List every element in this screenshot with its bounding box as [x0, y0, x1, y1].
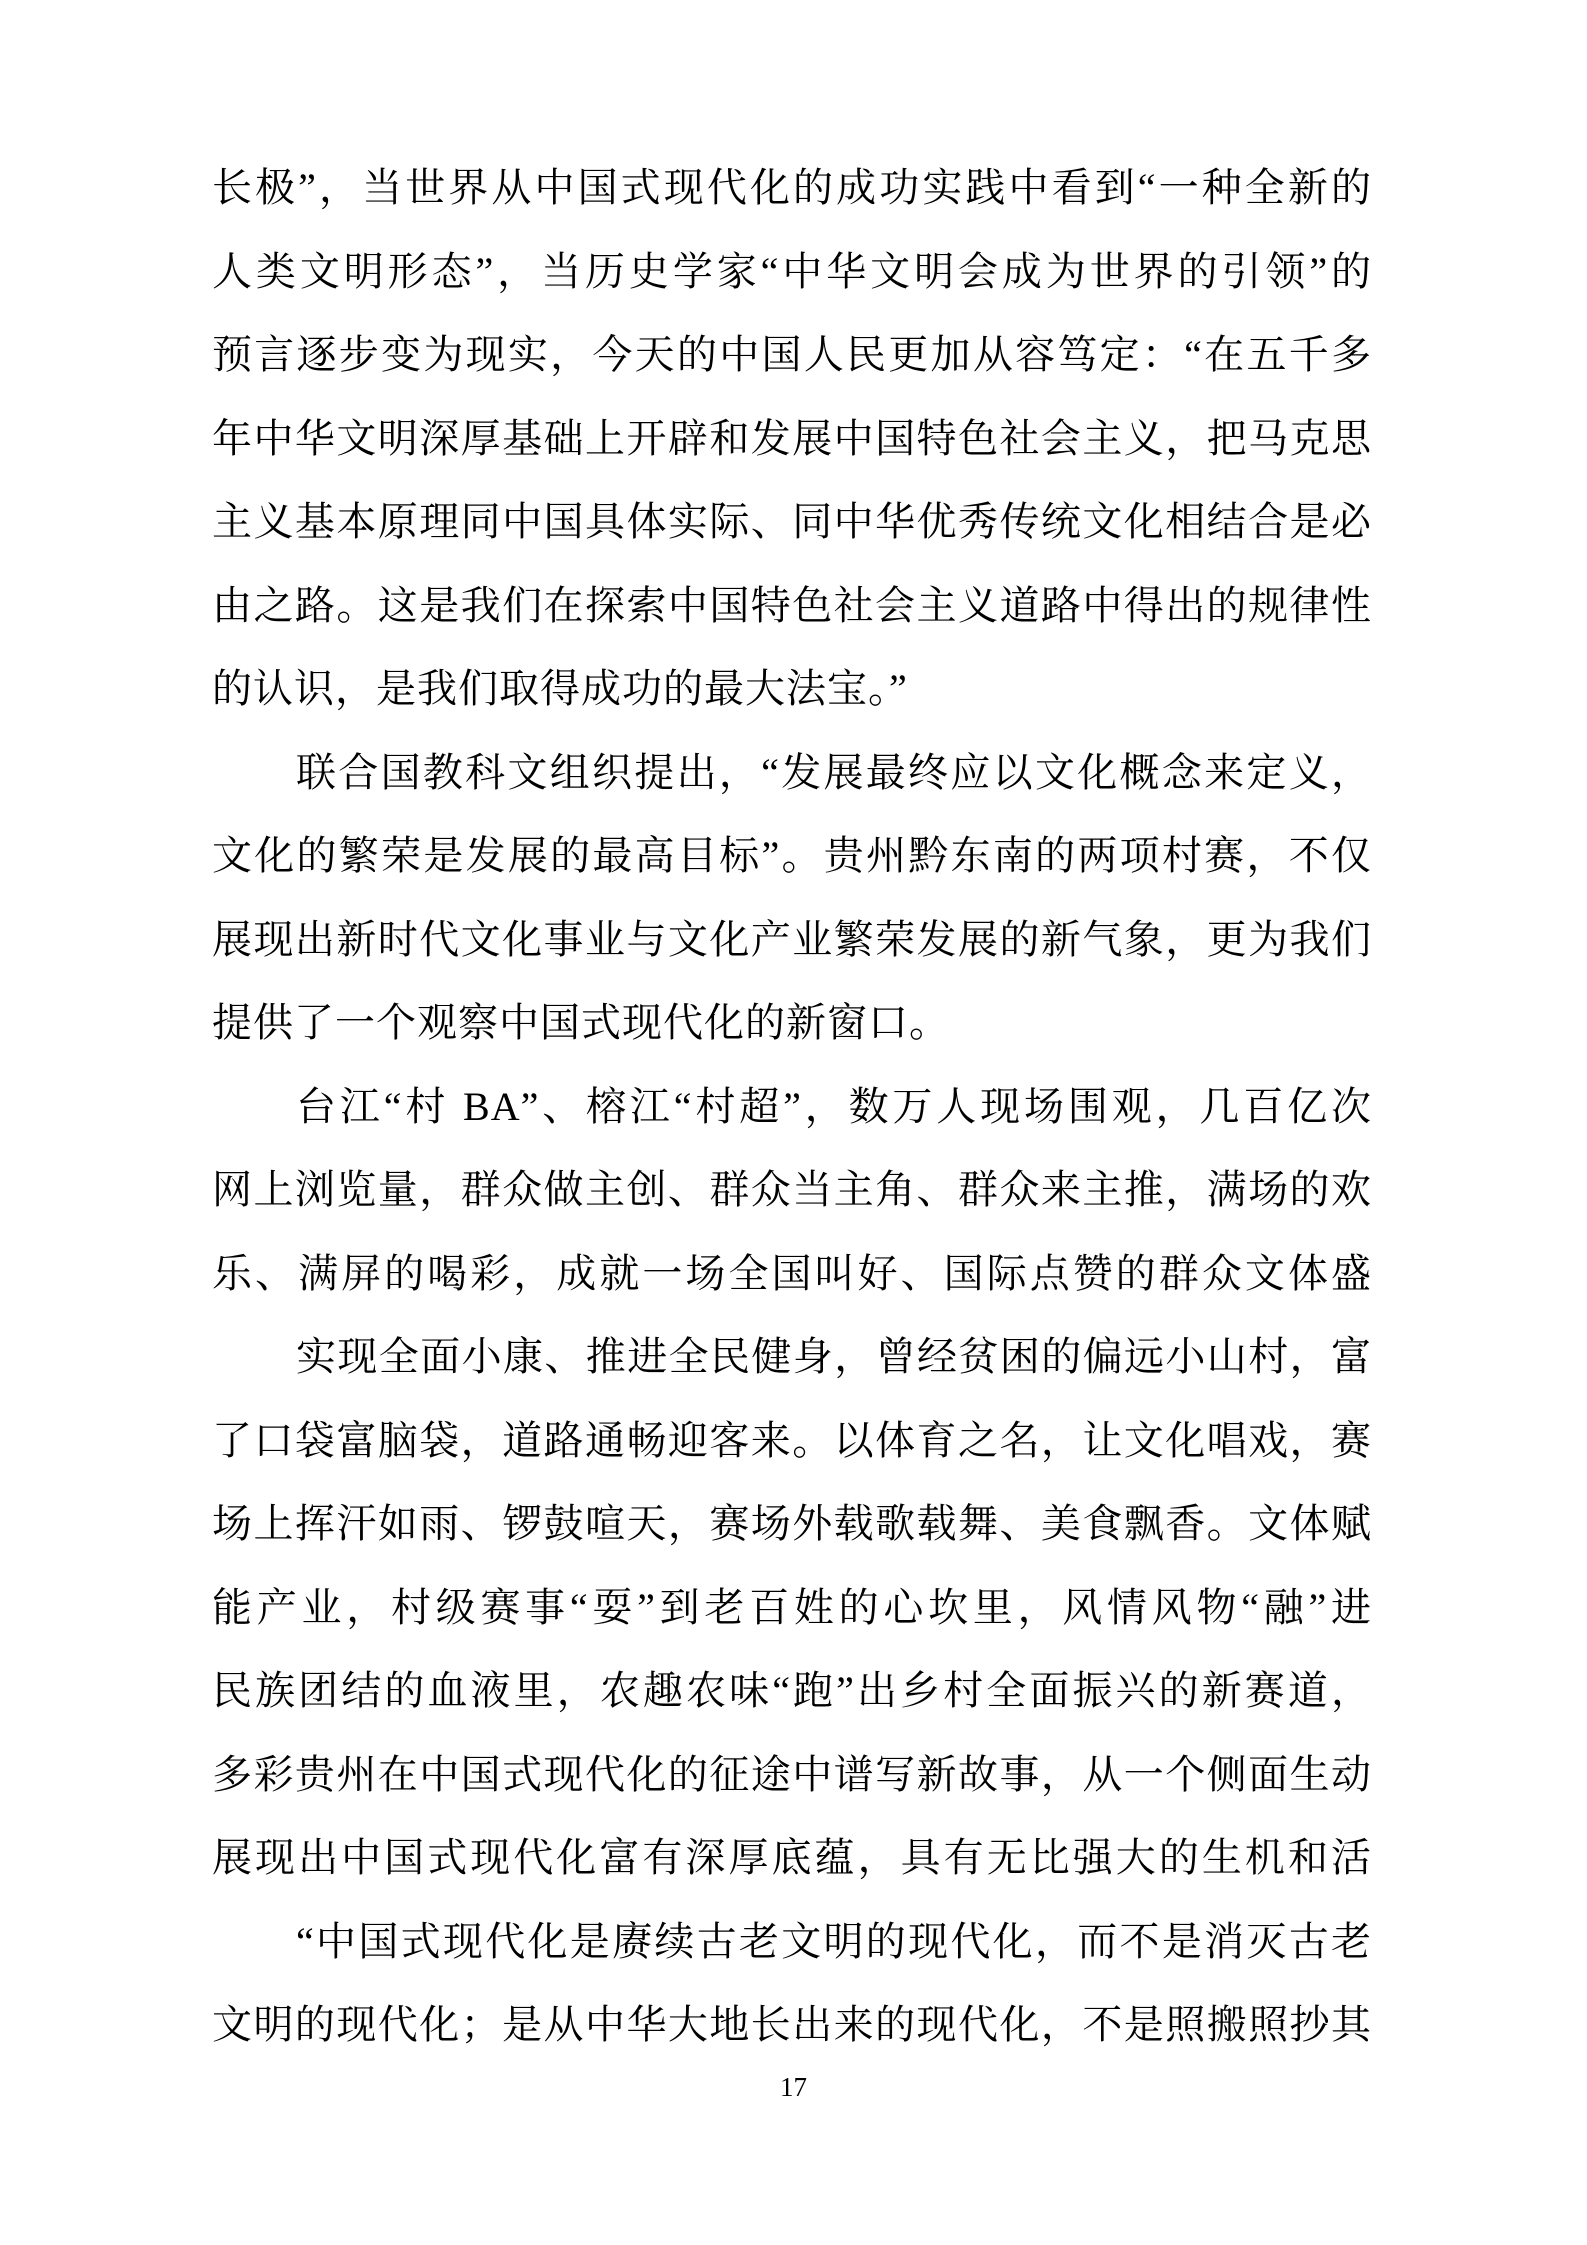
text-line: 乐、满屏的喝彩，成就一场全国叫好、国际点赞的群众文体盛宴。 — [212, 1232, 1372, 1316]
text-block: 长极”，当世界从中国式现代化的成功实践中看到“一种全新的 人类文明形态”，当历史… — [212, 146, 1372, 2067]
text-line: 由之路。这是我们在探索中国特色社会主义道路中得出的规律性 — [212, 564, 1372, 648]
text-line: “中国式现代化是赓续古老文明的现代化，而不是消灭古老 — [212, 1900, 1372, 1984]
text-line: 民族团结的血液里，农趣农味“跑”出乡村全面振兴的新赛道， — [212, 1649, 1372, 1733]
paragraph: 联合国教科文组织提出，“发展最终应以文化概念来定义， 文化的繁荣是发展的最高目标… — [212, 731, 1372, 1065]
text-line: 能产业，村级赛事“耍”到老百姓的心坎里，风情风物“融”进 — [212, 1566, 1372, 1650]
text-line: 了口袋富脑袋，道路通畅迎客来。以体育之名，让文化唱戏，赛 — [212, 1399, 1372, 1483]
text-line: 提供了一个观察中国式现代化的新窗口。 — [212, 981, 1372, 1065]
text-line: 的认识，是我们取得成功的最大法宝。” — [212, 647, 1372, 731]
text-line: 展现出中国式现代化富有深厚底蕴，具有无比强大的生机和活力。 — [212, 1816, 1372, 1900]
paragraph-continued: 长极”，当世界从中国式现代化的成功实践中看到“一种全新的 人类文明形态”，当历史… — [212, 146, 1372, 731]
text-line: 联合国教科文组织提出，“发展最终应以文化概念来定义， — [212, 731, 1372, 815]
page-number: 17 — [0, 2070, 1587, 2104]
text-line: 长极”，当世界从中国式现代化的成功实践中看到“一种全新的 — [212, 146, 1372, 230]
text-line: 多彩贵州在中国式现代化的征途中谱写新故事，从一个侧面生动 — [212, 1733, 1372, 1817]
document-page: 长极”，当世界从中国式现代化的成功实践中看到“一种全新的 人类文明形态”，当历史… — [0, 0, 1587, 2245]
paragraph: 台江“村 BA”、榕江“村超”，数万人现场围观，几百亿次 网上浏览量，群众做主创… — [212, 1065, 1372, 1316]
text-line: 人类文明形态”，当历史学家“中华文明会成为世界的引领”的 — [212, 230, 1372, 314]
text-line: 主义基本原理同中国具体实际、同中华优秀传统文化相结合是必 — [212, 480, 1372, 564]
text-line: 文明的现代化；是从中华大地长出来的现代化，不是照搬照抄其 — [212, 1983, 1372, 2067]
text-line: 场上挥汗如雨、锣鼓喧天，赛场外载歌载舞、美食飘香。文体赋 — [212, 1482, 1372, 1566]
paragraph: “中国式现代化是赓续古老文明的现代化，而不是消灭古老 文明的现代化；是从中华大地… — [212, 1900, 1372, 2067]
paragraph: 实现全面小康、推进全民健身，曾经贫困的偏远小山村，富 了口袋富脑袋，道路通畅迎客… — [212, 1315, 1372, 1900]
text-line: 预言逐步变为现实，今天的中国人民更加从容笃定：“在五千多 — [212, 313, 1372, 397]
text-line: 展现出新时代文化事业与文化产业繁荣发展的新气象，更为我们 — [212, 898, 1372, 982]
text-line: 文化的繁荣是发展的最高目标”。贵州黔东南的两项村赛，不仅 — [212, 814, 1372, 898]
text-line: 网上浏览量，群众做主创、群众当主角、群众来主推，满场的欢 — [212, 1148, 1372, 1232]
text-line: 台江“村 BA”、榕江“村超”，数万人现场围观，几百亿次 — [212, 1065, 1372, 1149]
text-line: 实现全面小康、推进全民健身，曾经贫困的偏远小山村，富 — [212, 1315, 1372, 1399]
text-line: 年中华文明深厚基础上开辟和发展中国特色社会主义，把马克思 — [212, 397, 1372, 481]
